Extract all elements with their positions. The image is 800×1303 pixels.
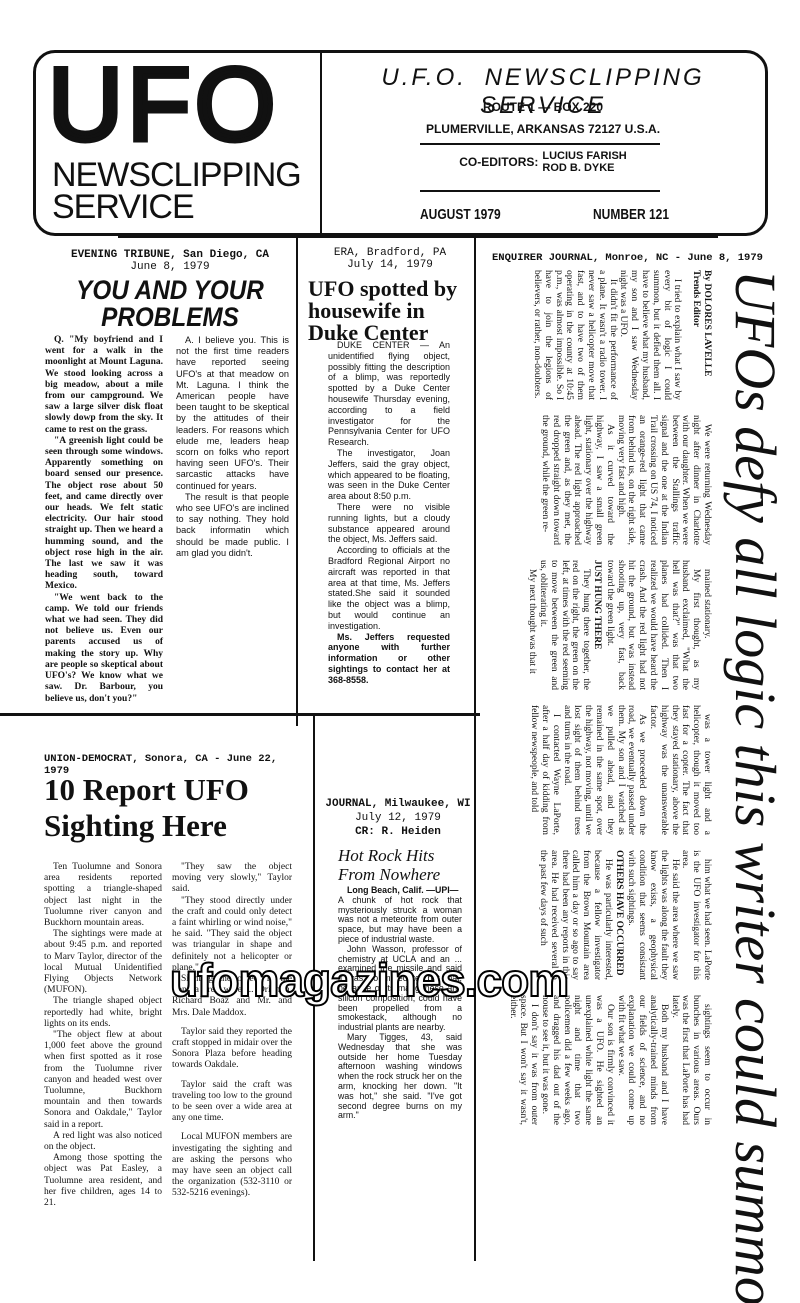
- headline-line: From Nowhere: [338, 865, 488, 884]
- paragraph: "We went back to the camp. We told our f…: [45, 593, 163, 705]
- paragraph: It didn't fit the performance of a plane…: [531, 270, 617, 400]
- address-line-2: PLUMERVILLE, ARKANSAS 72127 U.S.A.: [322, 122, 764, 136]
- paragraph: The result is that people who see UFO's …: [176, 492, 289, 559]
- paragraph: mained stationary.: [701, 560, 712, 690]
- coeditor-names: LUCIUS FARISH ROD B. DYKE: [542, 150, 626, 174]
- source-date: July 12, 1979: [318, 811, 478, 825]
- coeditors: CO-EDITORS: LUCIUS FARISH ROD B. DYKE: [322, 150, 764, 174]
- issue-number: NUMBER 121: [593, 206, 669, 223]
- column-rule: [296, 236, 298, 726]
- address-line-1: ROUTE 1 — BOX 220: [322, 100, 764, 114]
- article-body: DUKE CENTER — An unidentified flying obj…: [328, 340, 450, 686]
- source-name: JOURNAL, Milwaukee, WI: [318, 797, 478, 811]
- paragraph: A red light was also noticed on the obje…: [44, 1131, 162, 1153]
- article-column: We were returning Wednesday night after …: [539, 415, 712, 545]
- paragraph: As it curved toward the highway, I saw a…: [539, 415, 615, 545]
- coeditors-label: CO-EDITORS:: [459, 155, 538, 169]
- paragraph: The sightings were made at about 9:45 p.…: [44, 929, 162, 996]
- logo-service: SERVICE: [52, 190, 194, 224]
- paragraph: The investigator, Joan Jeffers, said the…: [328, 448, 450, 502]
- paragraph: I contacted Wayne LaPorte, after a half …: [528, 705, 560, 835]
- paragraph: My first thought, as my husband exclaime…: [604, 560, 701, 690]
- headline-line: PROBLEMS: [62, 304, 278, 331]
- paragraph: There were no visible running lights, bu…: [328, 502, 450, 545]
- paragraph: sightings seem to occur in bunches in va…: [669, 995, 712, 1125]
- paragraph: My next thought was that it: [526, 560, 537, 690]
- paragraph: Q. "My boyfriend and I went for a walk i…: [45, 335, 163, 436]
- article-headline: Hot Rock Hits From Nowhere: [338, 846, 488, 884]
- article-source: JOURNAL, Milwaukee, WI July 12, 1979 CR:…: [318, 797, 478, 839]
- coeditor-2: ROD B. DYKE: [542, 162, 626, 174]
- paragraph: "They saw the object moving very slowly,…: [172, 862, 292, 896]
- logo-ufo: UFO: [48, 55, 280, 155]
- masthead-rule: [420, 143, 660, 145]
- paragraph: As we proceeded down the road, we eventu…: [561, 705, 647, 835]
- paragraph: We were returning Wednesday night after …: [615, 415, 712, 545]
- article-column: Ten Tuolumne and Sonora area residents r…: [44, 862, 162, 1209]
- paragraph: DUKE CENTER — An unidentified flying obj…: [328, 340, 450, 448]
- article-source: ENQUIRER JOURNAL, Monroe, NC - June 8, 1…: [492, 252, 792, 264]
- article-question: Q. "My boyfriend and I went for a walk i…: [45, 335, 163, 705]
- paragraph: Ms. Jeffers requested anyone with furthe…: [328, 632, 450, 686]
- source-date: June 8, 1979: [50, 261, 290, 273]
- paragraph: I tried to explain what I saw by every b…: [618, 270, 683, 400]
- source-name: ERA, Bradford, PA: [305, 247, 475, 259]
- paragraph: him what we had seen. LaPorte is the UFO…: [680, 850, 712, 980]
- article-headline: UFO spotted by housewife in Duke Center: [308, 278, 478, 344]
- headline-line: Hot Rock Hits: [338, 846, 488, 865]
- logo-newsclipping: NEWSCLIPPING: [52, 158, 301, 192]
- paragraph: "The object flew at about 1,000 feet abo…: [44, 1030, 162, 1131]
- masthead-bottom-rule: [118, 236, 718, 238]
- paragraph: Among those spotting the object was Pat …: [44, 1153, 162, 1209]
- headline-line: Sighting Here: [44, 808, 314, 844]
- article-source: ERA, Bradford, PA July 14, 1979: [305, 247, 475, 271]
- paragraph: Our son is firmly convinced it was a UFO…: [539, 995, 615, 1125]
- paragraph: Taylor said the craft was traveling too …: [172, 1080, 292, 1125]
- subhead: OTHERS HAVE OCCURRED: [613, 850, 624, 980]
- paragraph: Both my husband and I have analytically-…: [615, 995, 669, 1125]
- paragraph: He said the area where we saw the lights…: [626, 850, 680, 980]
- subhead: JUST HUNG THERE: [591, 560, 602, 690]
- article-headline: UFOs defy all logic this writer could su…: [720, 270, 790, 1150]
- paragraph: The triangle shaped object reportedly ha…: [44, 996, 162, 1030]
- paragraph: I don't say it was from outer space. But…: [507, 995, 539, 1125]
- paragraph: According to officials at the Bradford R…: [328, 545, 450, 631]
- paragraph: was a tower light and a helicopter, thou…: [647, 705, 712, 835]
- issue-date: AUGUST 1979: [420, 206, 501, 223]
- byline: By DOLORES LAVELLE: [701, 270, 712, 400]
- headline-line: 10 Report UFO: [44, 772, 314, 808]
- article-column: By DOLORES LAVELLE Trends Editor I tried…: [531, 270, 712, 400]
- article-column: was a tower light and a helicopter, thou…: [528, 705, 712, 835]
- paragraph: They hung there together, the red on the…: [537, 560, 591, 690]
- headline-line: YOU AND YOUR: [62, 277, 278, 304]
- article-column: "They saw the object moving very slowly,…: [172, 862, 292, 1200]
- article-source: EVENING TRIBUNE, San Diego, CA June 8, 1…: [50, 249, 290, 273]
- watermark: ufomagazines.com: [170, 955, 568, 1005]
- source-date: July 14, 1979: [305, 259, 475, 271]
- rotated-article: UFOs defy all logic this writer could su…: [490, 270, 790, 1150]
- paragraph: A chunk of hot rock that mysteriously st…: [338, 896, 462, 945]
- masthead-rule: [420, 190, 660, 192]
- article-column: sightings seem to occur in bunches in va…: [507, 995, 712, 1125]
- source-name: EVENING TRIBUNE, San Diego, CA: [50, 249, 290, 261]
- article-headline: 10 Report UFO Sighting Here: [44, 772, 314, 844]
- article-column: mained stationary. My first thought, as …: [526, 560, 712, 690]
- article-answer: A. I believe you. This is not the first …: [176, 335, 289, 559]
- paragraph: Mary Tigges, 43, said Wednesday that she…: [338, 1033, 462, 1121]
- source-credit: CR: R. Heiden: [318, 825, 478, 839]
- paragraph: Local MUFON members are investigating th…: [172, 1132, 292, 1199]
- byline-title: Trends Editor: [690, 270, 701, 400]
- paragraph: "A greenish light could be seen through …: [45, 436, 163, 593]
- paragraph: A. I believe you. This is not the first …: [176, 335, 289, 492]
- paragraph: Taylor said they reported the craft stop…: [172, 1027, 292, 1072]
- coeditor-1: LUCIUS FARISH: [542, 150, 626, 162]
- article-headline: YOU AND YOUR PROBLEMS: [62, 277, 278, 331]
- section-rule: [0, 713, 480, 716]
- paragraph: Ten Tuolumne and Sonora area residents r…: [44, 862, 162, 929]
